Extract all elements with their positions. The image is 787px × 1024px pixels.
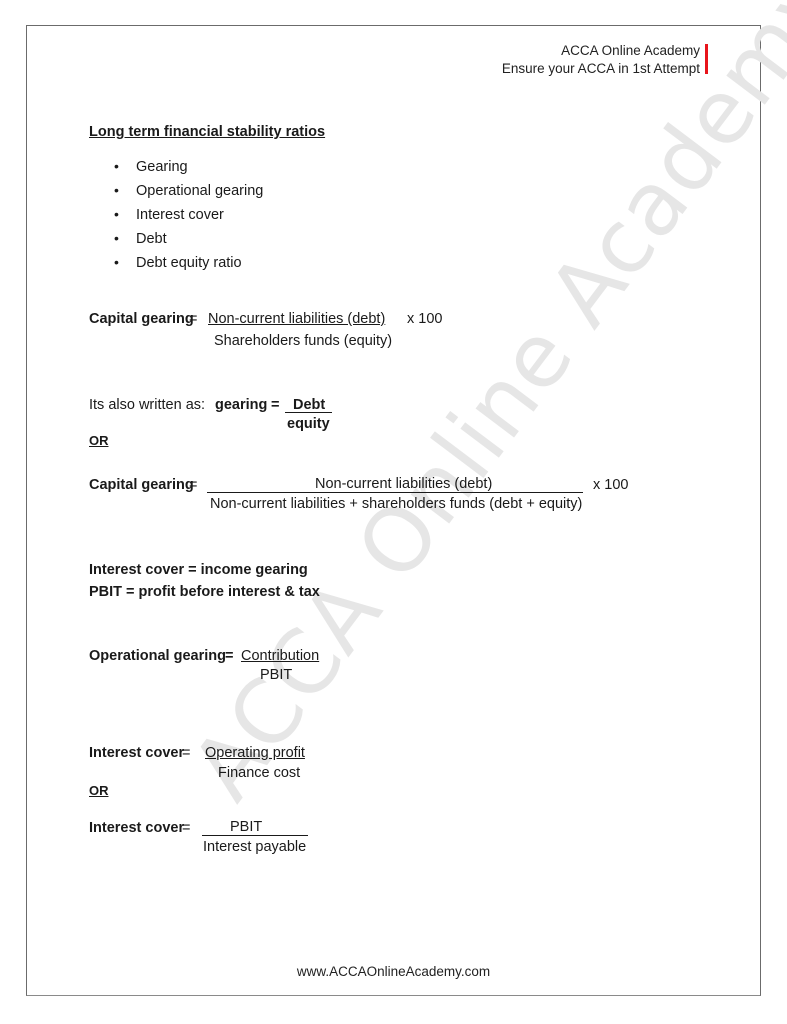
fraction-line xyxy=(285,412,332,413)
denominator: equity xyxy=(287,416,330,432)
numerator: Non-current liabilities (debt) xyxy=(208,311,385,327)
numerator: Debt xyxy=(293,397,325,413)
definition-interest-cover: Interest cover = income gearing xyxy=(89,562,308,578)
denominator: Shareholders funds (equity) xyxy=(214,333,392,349)
bullet-icon: • xyxy=(114,230,119,246)
numerator: Operating profit xyxy=(205,745,305,761)
header-accent-bar xyxy=(705,44,708,74)
section-title: Long term financial stability ratios xyxy=(89,124,325,140)
footer-website: www.ACCAOnlineAcademy.com xyxy=(0,964,787,979)
numerator: Non-current liabilities (debt) xyxy=(315,476,492,492)
denominator: Interest payable xyxy=(203,839,306,855)
denominator: Non-current liabilities + shareholders f… xyxy=(210,496,582,512)
numerator: Contribution xyxy=(241,648,319,664)
bullet-icon: • xyxy=(114,206,119,222)
bullet-icon: • xyxy=(114,254,119,270)
denominator: PBIT xyxy=(260,667,292,683)
definition-pbit: PBIT = profit before interest & tax xyxy=(89,584,320,600)
fraction-line xyxy=(202,835,308,836)
header-tagline: Ensure your ACCA in 1st Attempt xyxy=(502,60,700,78)
or-divider: OR xyxy=(89,783,109,798)
header-brand: ACCA Online Academy xyxy=(561,42,700,60)
or-divider: OR xyxy=(89,433,109,448)
bullet-icon: • xyxy=(114,182,119,198)
numerator: PBIT xyxy=(230,819,262,835)
denominator: Finance cost xyxy=(218,765,300,781)
bullet-icon: • xyxy=(114,158,119,174)
fraction-line xyxy=(207,492,583,493)
